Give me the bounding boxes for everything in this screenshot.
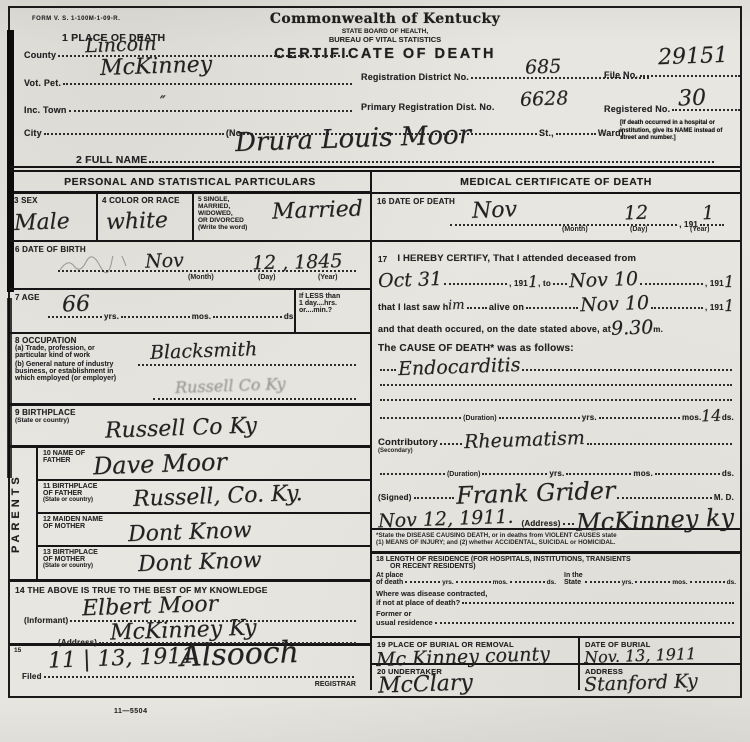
dob-month-value: Nov — [145, 251, 184, 271]
dotted-leader — [380, 397, 732, 401]
inc-town-label: Inc. Town — [24, 105, 67, 115]
signed-block: (Signed) Frank Grider M. D. — [372, 480, 740, 504]
year-caption: (Year) — [318, 274, 337, 281]
mother-birthplace-value: Dont Know — [138, 550, 262, 576]
date-of-birth-row: 6 DATE OF BIRTH Nov 12 , 1845 (Month) (D… — [10, 242, 370, 290]
dod-year-digit: 1 — [702, 204, 715, 223]
signed-line: (Signed) Frank Grider M. D. — [372, 480, 740, 502]
less-than-day-cell: If LESS than 1 day....hrs. or....min.? — [294, 290, 370, 332]
at-place-label-1: At place — [376, 572, 403, 579]
contributory-line: Contributory Rheumatism — [372, 424, 740, 448]
occupation-b-line — [145, 396, 364, 403]
dotted-leader — [444, 281, 507, 285]
dod-month-value: Nov — [472, 199, 518, 223]
file-no-line: File No. — [598, 70, 748, 80]
birthplace-value: Russell Co Ky — [105, 415, 258, 442]
precinct-value: McKinney — [100, 54, 213, 80]
registered-no-label: Registered No. — [604, 104, 670, 114]
burial-place-cell: 19 PLACE OF BURIAL OR REMOVAL Mc Kinney … — [372, 638, 580, 663]
dod-day-value: 12 — [624, 204, 649, 224]
in-state-half: In the State yrs. mos. ds. — [556, 572, 736, 586]
dotted-leader — [526, 305, 578, 309]
father-birthplace-value: Russell, Co. Ky. — [133, 483, 303, 511]
at-place-mos: mos. — [493, 579, 508, 586]
to-word: , to — [538, 279, 551, 288]
at-place-yrs: yrs. — [442, 579, 454, 586]
burial-grid: 19 PLACE OF BURIAL OR REMOVAL Mc Kinney … — [372, 638, 740, 690]
dob-year-value: , 1845 — [282, 252, 343, 273]
cause-duration-line: (Duration) yrs. mos. 14 ds. — [372, 404, 740, 422]
blank-dotted-line — [372, 389, 740, 404]
race-cell: 4 COLOR OR RACE white — [98, 194, 194, 240]
race-value: white — [106, 210, 169, 234]
filed-date-value: 11 | 13, 1911 — [48, 645, 196, 672]
in-state-yrs: yrs. — [622, 579, 634, 586]
date-of-death-row: 16 DATE OF DEATH , 191 Nov 12 1 (Month) … — [372, 194, 740, 242]
blank-dotted-line — [372, 374, 740, 389]
sex-race-marital-row: 3 SEX Male 4 COLOR OR RACE white 5 SINGL… — [10, 194, 370, 242]
secondary-caption-line: (Secondary) — [372, 448, 740, 454]
undertaker-value: McClary — [378, 672, 473, 697]
dotted-leader — [213, 314, 282, 318]
scanned-death-certificate: FORM V. S. 1-100M-1-09-R. Commonwealth o… — [0, 0, 750, 742]
personal-banner: PERSONAL AND STATISTICAL PARTICULARS — [10, 172, 370, 194]
father-name-value: Dave Moor — [93, 450, 228, 479]
residence-label-2: OR RECENT RESIDENTS) — [376, 563, 736, 570]
dod-year-caption: (Year) — [690, 226, 709, 233]
duration-yrs-label: yrs. — [582, 413, 597, 422]
dotted-leader — [563, 521, 574, 525]
father-birthplace-row: 11 BIRTHPLACE OF FATHER (State or countr… — [38, 481, 370, 514]
less-than-line-2: 1 day....hrs. — [299, 300, 367, 307]
file-no-label: File No. — [604, 70, 638, 80]
death-occurred-text: and that death occured, on the date stat… — [378, 324, 611, 334]
footnote-line-2: (1) MEANS OF INJURY; and (2) whether ACC… — [376, 539, 736, 546]
attended-dates-line: Oct 31 , 191 1 , to Nov 10 , 191 1 — [372, 264, 740, 288]
certify-lead-text: I HEREBY CERTIFY, That I attended deceas… — [397, 253, 636, 264]
in-state-mos: mos. — [672, 579, 687, 586]
dotted-leader — [63, 81, 352, 85]
burial-date-cell: DATE OF BURIAL Nov. 13, 1911 — [580, 638, 740, 663]
residence-duration-line: At place of death yrs. mos. ds. — [376, 572, 736, 586]
at-place-half: At place of death yrs. mos. ds. — [376, 572, 556, 586]
dotted-leader — [617, 495, 712, 499]
dotted-leader — [69, 108, 352, 112]
occupation-b-value: Russell Co Ky — [175, 376, 286, 396]
footnote-block: *State the DISEASE CAUSING DEATH, or in … — [372, 530, 740, 554]
city-ward-label: Ward) — [598, 128, 624, 138]
day-caption: (Day) — [258, 274, 276, 281]
dod-month-caption: (Month) — [562, 226, 588, 233]
cause-lead-line: The CAUSE OF DEATH* was as follows: — [372, 334, 740, 354]
inc-town-line: Inc. Town — [18, 105, 360, 115]
cause-value-line: Endocarditis — [372, 354, 740, 374]
parents-block: PARENTS 10 NAME OF FATHER Dave Moor 11 B… — [10, 448, 370, 582]
last-saw-text: that I last saw h — [378, 302, 448, 312]
signed-date-line: Nov 12, 1911. (Address) McKinney ky — [372, 504, 740, 528]
contributory-label: Contributory — [378, 437, 438, 448]
inc-town-ditto: ″ — [160, 94, 167, 110]
duration2-ds-label: ds. — [722, 469, 734, 478]
state-board-line: STATE BOARD OF HEALTH, — [190, 28, 580, 35]
registration-district-value: 685 — [525, 57, 562, 77]
certify-item-number: 17 — [378, 255, 387, 264]
dotted-leader — [414, 495, 454, 499]
father-name-row: 10 NAME OF FATHER Dave Moor — [38, 448, 370, 481]
age-row: 7 AGE yrs. mos. ds. 66 If LESS than 1 da… — [10, 290, 370, 334]
dotted-leader — [556, 131, 596, 135]
cause-block: Endocarditis (Duration) yrs. mos. 14 ds. — [372, 354, 740, 424]
dotted-leader — [522, 367, 732, 371]
informant-value: Elbert Moor — [82, 594, 219, 621]
city-st-label: St., — [539, 128, 554, 138]
mother-name-value: Dont Know — [128, 520, 252, 546]
dotted-leader — [499, 415, 580, 419]
mother-birthplace-row: 13 BIRTHPLACE OF MOTHER (State or countr… — [38, 547, 370, 579]
md-label: M. D. — [714, 493, 734, 502]
registration-district-label: Registration District No. — [361, 72, 469, 82]
duration2-mos-label: mos. — [633, 469, 652, 478]
hospital-note: [If death occurred in a hospital or inst… — [620, 120, 738, 143]
age-mos-label: mos. — [192, 312, 211, 321]
duration-caption: (Duration) — [463, 415, 496, 422]
contracted-label-1: Where was disease contracted, — [376, 589, 736, 598]
occupation-b-label-2: business, or establishment in — [10, 368, 370, 375]
to-year-printed: , 191 — [705, 279, 724, 288]
precinct-line: Vot. Pet. — [18, 78, 360, 88]
dotted-leader — [599, 415, 680, 419]
dotted-leader — [482, 471, 547, 475]
signed-label: (Signed) — [378, 493, 412, 502]
marital-value: Married — [272, 198, 364, 223]
precinct-label: Vot. Pet. — [24, 78, 61, 88]
dotted-leader — [380, 471, 445, 475]
sex-cell: 3 SEX Male — [10, 194, 98, 240]
form-number: FORM V. S. 1-100M-1-09-R. — [32, 16, 120, 22]
registered-no-line: Registered No. — [598, 104, 748, 114]
duration-caption-2: (Duration) — [447, 471, 480, 478]
parents-sidebar: PARENTS — [10, 448, 38, 579]
filed-row: 15 Filed 11 | 13, 1911 Alsooch REGISTRAR — [10, 646, 370, 690]
registered-no-value: 30 — [678, 88, 707, 111]
full-name-value: Drura Louis Moor — [235, 122, 472, 156]
dotted-leader — [44, 674, 354, 678]
attestation-row: 14 THE ABOVE IS TRUE TO THE BEST OF MY K… — [10, 582, 370, 646]
alive-on-text: alive on — [489, 302, 524, 312]
dotted-leader — [440, 441, 462, 445]
meridiem-label: m. — [653, 325, 663, 334]
informant-label: (Informant) — [24, 616, 68, 625]
dotted-leader — [44, 131, 224, 135]
death-occurred-line: and that death occured, on the date stat… — [372, 312, 740, 334]
less-than-line-3: or....min.? — [299, 307, 367, 314]
dotted-leader — [651, 305, 703, 309]
medical-certificate-column: MEDICAL CERTIFICATE OF DEATH 16 DATE OF … — [372, 172, 740, 690]
residence-label-1: 18 LENGTH OF RESIDENCE (FOR HOSPITALS, I… — [376, 556, 736, 563]
dotted-leader — [467, 305, 487, 309]
contracted-line: if not at place of death? — [376, 598, 736, 607]
race-label: 4 COLOR OR RACE — [102, 196, 188, 205]
contracted-label-2: if not at place of death? — [376, 598, 460, 607]
primary-registration-label: Primary Registration Dist. No. — [361, 102, 495, 112]
dotted-leader — [380, 367, 396, 371]
burial-date-value: Nov. 13, 1911 — [584, 646, 697, 666]
dotted-leader — [380, 382, 732, 386]
dotted-leader — [640, 73, 740, 77]
occupation-row: 8 OCCUPATION (a) Trade, profession, or p… — [10, 334, 370, 406]
former-label-1: Former or — [376, 609, 736, 618]
duration-days-value: 14 — [701, 408, 722, 425]
usual-residence-line: usual residence — [376, 618, 736, 627]
medical-banner: MEDICAL CERTIFICATE OF DEATH — [372, 172, 740, 194]
dotted-leader — [435, 620, 734, 624]
dotted-leader — [121, 314, 190, 318]
full-name-label: 2 FULL NAME — [76, 154, 147, 166]
dotted-leader — [640, 281, 703, 285]
signed-date-value: Nov 12, 1911. — [378, 508, 514, 532]
dotted-leader — [585, 579, 620, 583]
commonwealth-title: Commonwealth of Kentucky — [190, 11, 580, 27]
residence-block: 18 LENGTH OF RESIDENCE (FOR HOSPITALS, I… — [372, 554, 740, 638]
footnote-line-1: *State the DISEASE CAUSING DEATH, or in … — [376, 532, 736, 539]
physician-address-label: (Address) — [522, 519, 561, 528]
certify-block: 17 I HEREBY CERTIFY, That I attended dec… — [372, 242, 740, 354]
file-no-value: 29151 — [658, 45, 729, 69]
city-label: City — [24, 128, 42, 138]
personal-particulars-column: PERSONAL AND STATISTICAL PARTICULARS 3 S… — [10, 172, 372, 690]
filed-item-number: 15 — [14, 647, 21, 654]
registrar-label: REGISTRAR — [315, 681, 356, 688]
in-the-label-1: In the — [564, 572, 583, 579]
bottom-form-code: 11—5504 — [114, 708, 147, 715]
alive-year-printed: , 191 — [705, 303, 724, 312]
dotted-leader — [456, 579, 491, 583]
former-label-2: usual residence — [376, 618, 433, 627]
last-saw-him: im — [448, 299, 465, 313]
county-label: County — [24, 50, 56, 60]
certify-lead-line: 17 I HEREBY CERTIFY, That I attended dec… — [372, 242, 740, 264]
sex-label: 3 SEX — [14, 196, 92, 205]
dotted-leader — [553, 281, 567, 285]
dotted-leader — [462, 600, 734, 604]
mother-name-row: 12 MAIDEN NAME OF MOTHER Dont Know — [38, 514, 370, 547]
duration-ds-label: ds. — [722, 413, 734, 422]
at-place-label-2: of death — [376, 579, 403, 586]
dotted-leader — [690, 579, 725, 583]
in-state-ds: ds. — [727, 579, 736, 586]
less-than-line-1: If LESS than — [299, 293, 367, 300]
dotted-leader — [566, 471, 631, 475]
signed-date-address-block: Nov 12, 1911. (Address) McKinney ky — [372, 504, 740, 530]
filed-label: Filed — [22, 672, 42, 681]
dotted-leader — [635, 579, 670, 583]
dotted-leader — [149, 159, 714, 163]
bureau-line: BUREAU OF VITAL STATISTICS — [190, 35, 580, 44]
contributory-duration-line: (Duration) yrs. mos. ds. — [372, 464, 740, 478]
dotted-leader — [655, 471, 720, 475]
county-value: Lincoln — [85, 35, 157, 56]
cause-lead-text: The CAUSE OF DEATH* was as follows: — [378, 343, 574, 354]
dotted-leader — [510, 579, 545, 583]
dod-label: 16 DATE OF DEATH — [372, 194, 740, 206]
at-place-ds: ds. — [547, 579, 556, 586]
marital-sub-label: (Write the word) — [198, 224, 366, 231]
certificate-border: FORM V. S. 1-100M-1-09-R. Commonwealth o… — [8, 6, 742, 698]
dotted-leader — [380, 415, 461, 419]
parents-label: PARENTS — [10, 448, 36, 579]
secondary-caption: (Secondary) — [378, 448, 413, 454]
undertaker-address-cell: ADDRESS Stanford Ky — [580, 665, 740, 690]
birthplace-row: 9 BIRTHPLACE (State or country) Russell … — [10, 406, 370, 448]
age-yrs-label: yrs. — [104, 312, 119, 321]
dod-day-caption: (Day) — [630, 226, 648, 233]
registrar-signature: Alsooch — [180, 638, 300, 672]
marital-cell: 5 SINGLE, MARRIED, WIDOWED, OR DIVORCED … — [194, 194, 370, 240]
age-value: 66 — [62, 294, 91, 317]
duration2-yrs-label: yrs. — [549, 469, 564, 478]
undertaker-cell: 20 UNDERTAKER McClary — [372, 665, 580, 690]
undertaker-row: 20 UNDERTAKER McClary ADDRESS Stanford K… — [372, 665, 740, 690]
from-year-printed: , 191 — [509, 279, 528, 288]
month-caption: (Month) — [188, 274, 214, 281]
duration-mos-label: mos. — [682, 413, 701, 422]
certificate-header: FORM V. S. 1-100M-1-09-R. Commonwealth o… — [10, 8, 740, 172]
dob-day-value: 12 — [252, 254, 277, 274]
occupation-a-value: Blacksmith — [150, 340, 258, 363]
full-name-line: 2 FULL NAME — [70, 154, 722, 166]
sex-value: Male — [14, 211, 70, 235]
in-the-label-2: State — [564, 579, 583, 586]
undertaker-address-value: Stanford Ky — [584, 672, 698, 695]
burial-row: 19 PLACE OF BURIAL OR REMOVAL Mc Kinney … — [372, 638, 740, 665]
primary-registration-value: 6628 — [520, 89, 569, 110]
dotted-leader — [587, 441, 732, 445]
dotted-leader — [405, 579, 440, 583]
contributory-block: Contributory Rheumatism (Secondary) — [372, 424, 740, 464]
last-saw-line: that I last saw h im alive on Nov 10 , 1… — [372, 288, 740, 312]
